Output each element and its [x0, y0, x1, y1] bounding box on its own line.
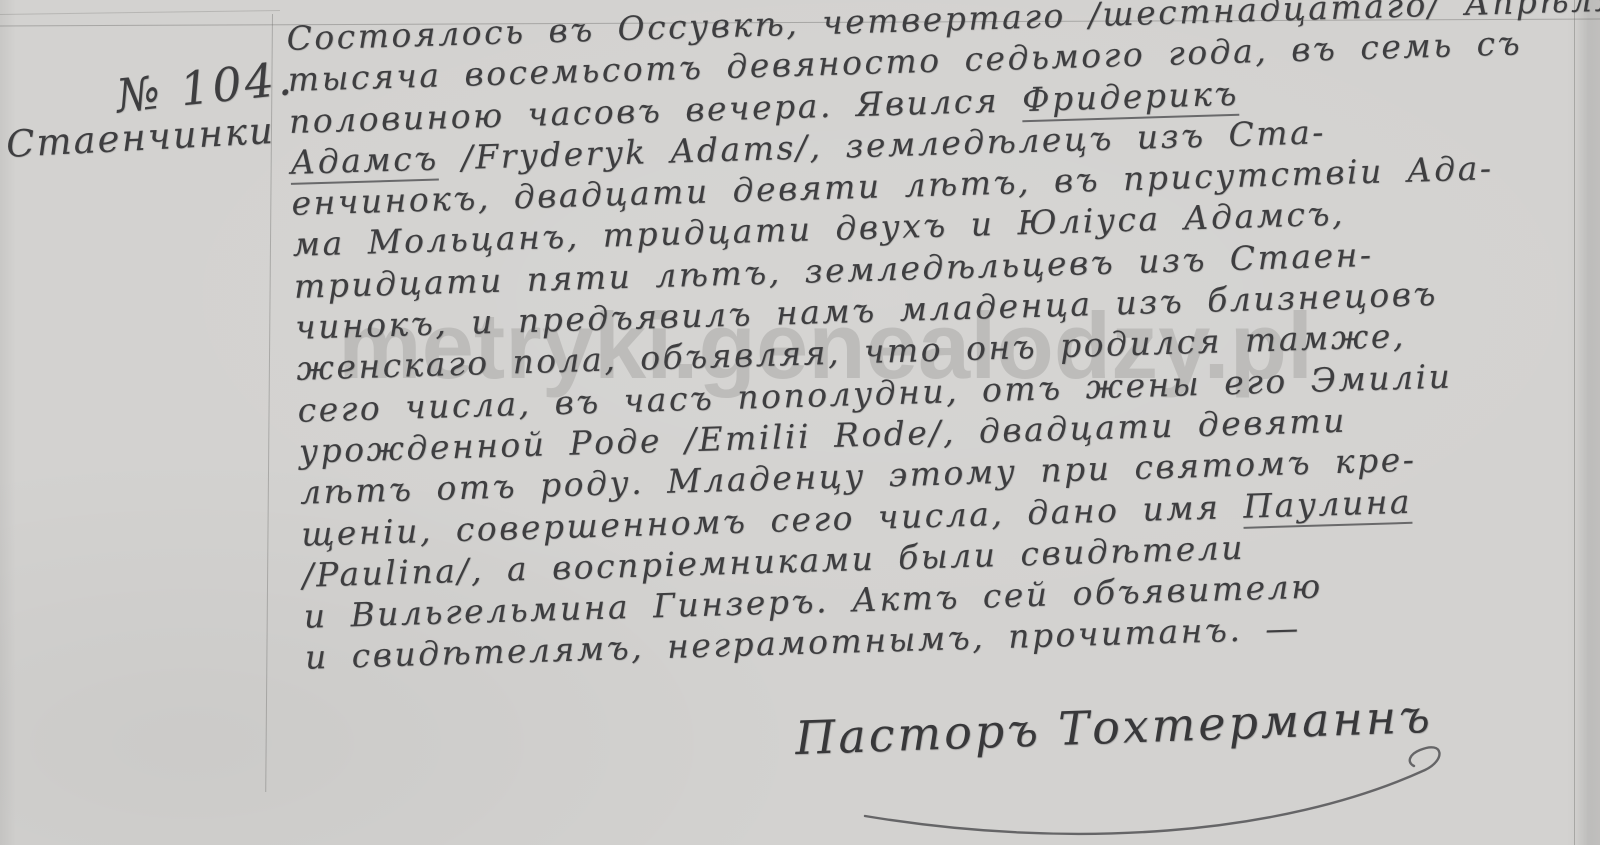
signature-flourish	[770, 688, 1510, 845]
record-line-underlined-segment: Адамсъ	[290, 138, 440, 184]
top-ruled-line-margin	[0, 10, 280, 15]
record-text-block: Состоялось въ Оссувкѣ, четвертаго /шестн…	[286, 0, 1600, 678]
scanned-record-page: metryki.genealodzy.pl № 104. Стаенчинки …	[0, 0, 1600, 845]
margin-place-name: Стаенчинки	[5, 109, 276, 166]
record-line-underlined-segment: Паулина	[1243, 481, 1413, 528]
